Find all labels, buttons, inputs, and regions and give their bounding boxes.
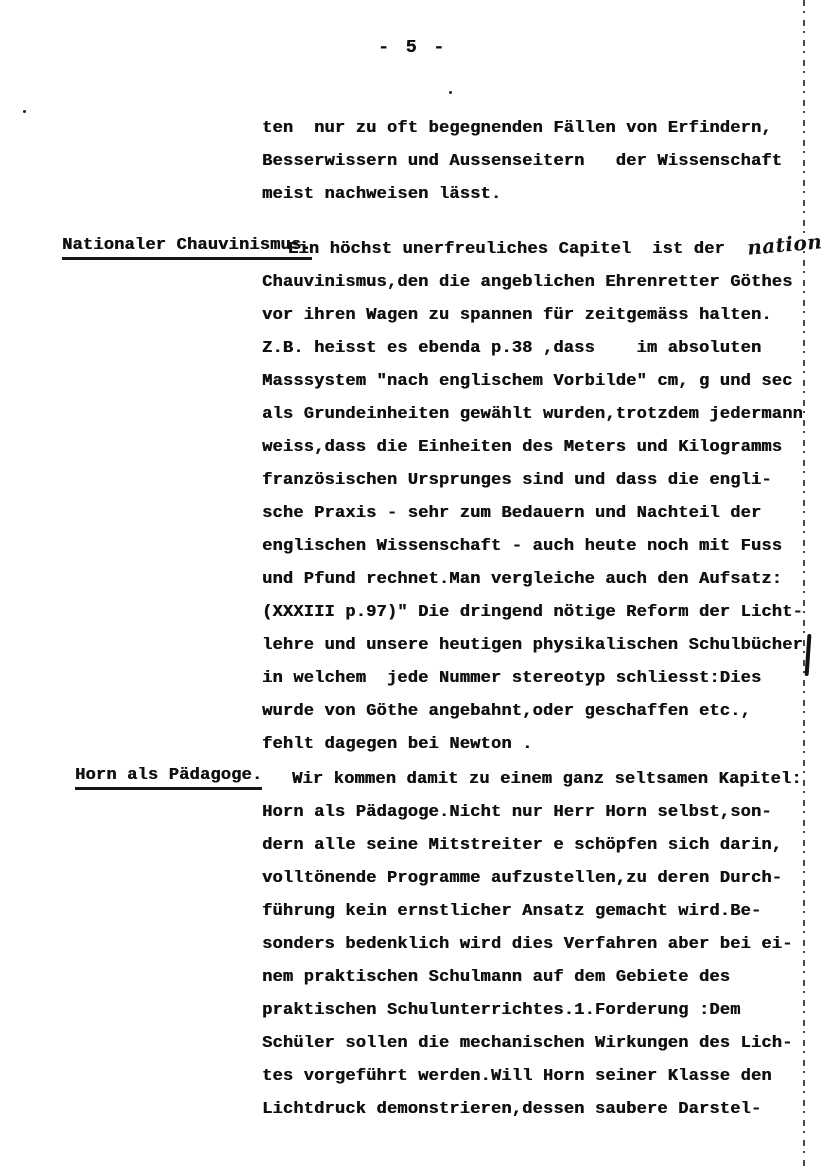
text-line: führung kein ernstlicher Ansatz gemacht …	[262, 895, 818, 928]
text-line: und Pfund rechnet.Man vergleiche auch de…	[262, 563, 818, 596]
text-line: praktischen Schulunterrichtes.1.Forderun…	[262, 994, 818, 1027]
text-line: als Grundeinheiten gewählt wurden,trotzd…	[262, 398, 818, 431]
text-line: sche Praxis - sehr zum Bedauern und Nach…	[262, 497, 818, 530]
text-line: Schüler sollen die mechanischen Wirkunge…	[262, 1027, 818, 1060]
text-line: meist nachweisen lässt.	[262, 178, 818, 211]
text-line: wurde von Göthe angebahnt,oder geschaffe…	[262, 695, 818, 728]
scanned-document-page: - 5 - ten nur zu oft begegnenden Fällen …	[0, 0, 821, 1166]
text-line: tes vorgeführt werden.Will Horn seiner K…	[262, 1060, 818, 1093]
text-line: nem praktischen Schulmann auf dem Gebiet…	[262, 961, 818, 994]
text-line: ten nur zu oft begegnenden Fällen von Er…	[262, 112, 818, 145]
text-line: dern alle seine Mitstreiter e schöpfen s…	[262, 829, 818, 862]
scan-speck	[23, 110, 26, 113]
margin-heading-horn-als-paedagoge: Horn als Pädagoge.	[75, 766, 262, 790]
paragraph-intro: ten nur zu oft begegnenden Fällen von Er…	[262, 112, 818, 211]
text-line: Horn als Pädagoge.Nicht nur Herr Horn se…	[262, 796, 818, 829]
text-line: in welchem jede Nummer stereotyp schlies…	[262, 662, 818, 695]
text-line: Lichtdruck demonstrieren,dessen saubere …	[262, 1093, 818, 1126]
paragraph-chauvinism: Ein höchst unerfreuliches Capitel ist de…	[262, 233, 818, 761]
text-line: Besserwissern und Aussenseitern der Wiss…	[262, 145, 818, 178]
text-line: weiss,dass die Einheiten des Meters und …	[262, 431, 818, 464]
text-line: (XXXIII p.97)" Die dringend nötige Refor…	[262, 596, 818, 629]
scan-speck	[449, 91, 452, 94]
text-line: Chauvinismus,den die angeblichen Ehrenre…	[262, 266, 818, 299]
text-line: Masssystem "nach englischem Vorbilde" cm…	[262, 365, 818, 398]
text-line: fehlt dagegen bei Newton .	[262, 728, 818, 761]
text-line: französischen Ursprunges sind und dass d…	[262, 464, 818, 497]
text-line: sonders bedenklich wird dies Verfahren a…	[262, 928, 818, 961]
paragraph-pedagogy: Wir kommen damit zu einem ganz seltsamen…	[262, 763, 818, 1126]
text-line: Wir kommen damit zu einem ganz seltsamen…	[262, 763, 818, 796]
text-line: volltönende Programme aufzustellen,zu de…	[262, 862, 818, 895]
text-line: vor ihren Wagen zu spannen für zeitgemäs…	[262, 299, 818, 332]
text-line: englischen Wissenschaft - auch heute noc…	[262, 530, 818, 563]
text-line: lehre und unsere heutigen physikalischen…	[262, 629, 818, 662]
page-number: - 5 -	[378, 38, 447, 58]
text-line: Z.B. heisst es ebenda p.38 ,dass im abso…	[262, 332, 818, 365]
text-line: Ein höchst unerfreuliches Capitel ist de…	[262, 233, 818, 266]
